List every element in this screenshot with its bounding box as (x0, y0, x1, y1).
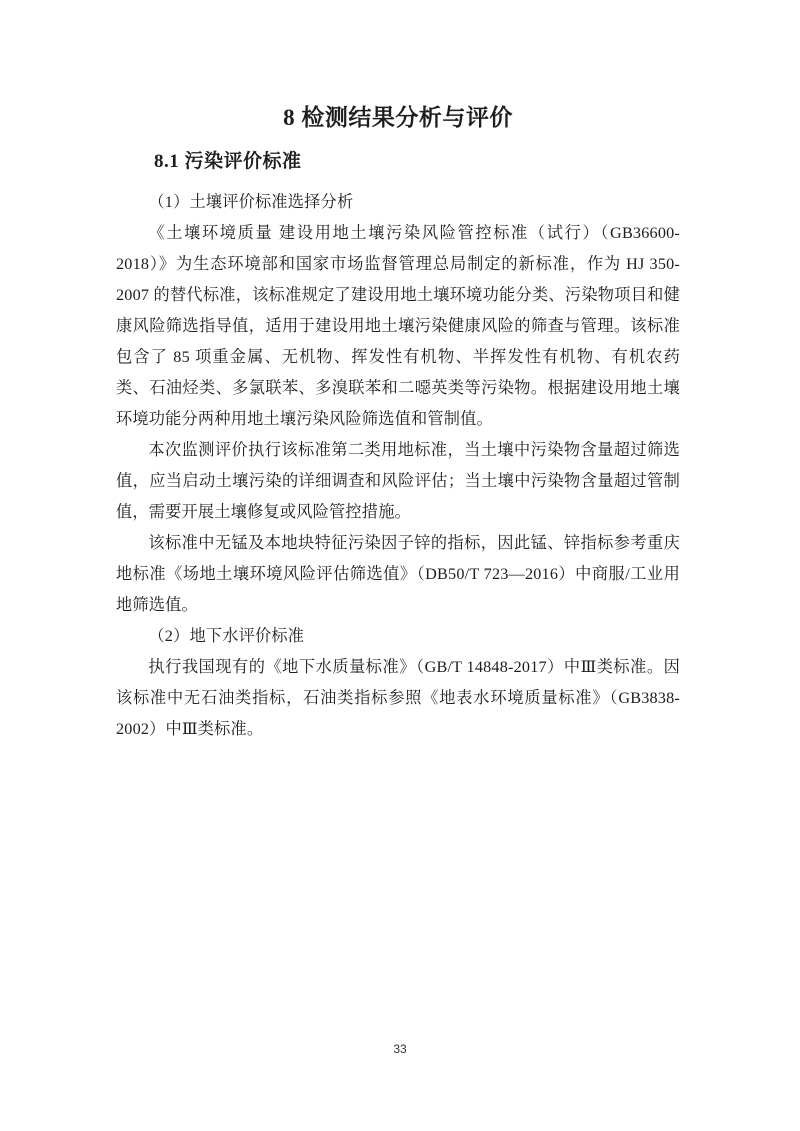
list-item-label-soil: （1）土壤评价标准选择分析 (116, 187, 680, 218)
document-body: （1）土壤评价标准选择分析 《土壤环境质量 建设用地土壤污染风险管控标准（试行）… (116, 187, 680, 745)
section-heading: 8.1 污染评价标准 (116, 151, 680, 173)
paragraph-screening-control-values: 本次监测评价执行该标准第二类用地标准，当土壤中污染物含量超过筛选值，应当启动土壤… (116, 435, 680, 528)
chapter-title: 8 检测结果分析与评价 (116, 105, 680, 130)
paragraph-manganese-zinc-reference: 该标准中无锰及本地块特征污染因子锌的指标，因此锰、锌指标参考重庆地标准《场地土壤… (116, 528, 680, 621)
document-page: 8 检测结果分析与评价 8.1 污染评价标准 （1）土壤评价标准选择分析 《土壤… (0, 0, 800, 1131)
paragraph-groundwater-standard: 执行我国现有的《地下水质量标准》（GB/T 14848-2017）中Ⅲ类标准。因… (116, 652, 680, 745)
paragraph-soil-standard-intro: 《土壤环境质量 建设用地土壤污染风险管控标准（试行）（GB36600-2018）… (116, 218, 680, 435)
list-item-label-groundwater: （2）地下水评价标准 (116, 621, 680, 652)
page-number: 33 (0, 1042, 800, 1056)
